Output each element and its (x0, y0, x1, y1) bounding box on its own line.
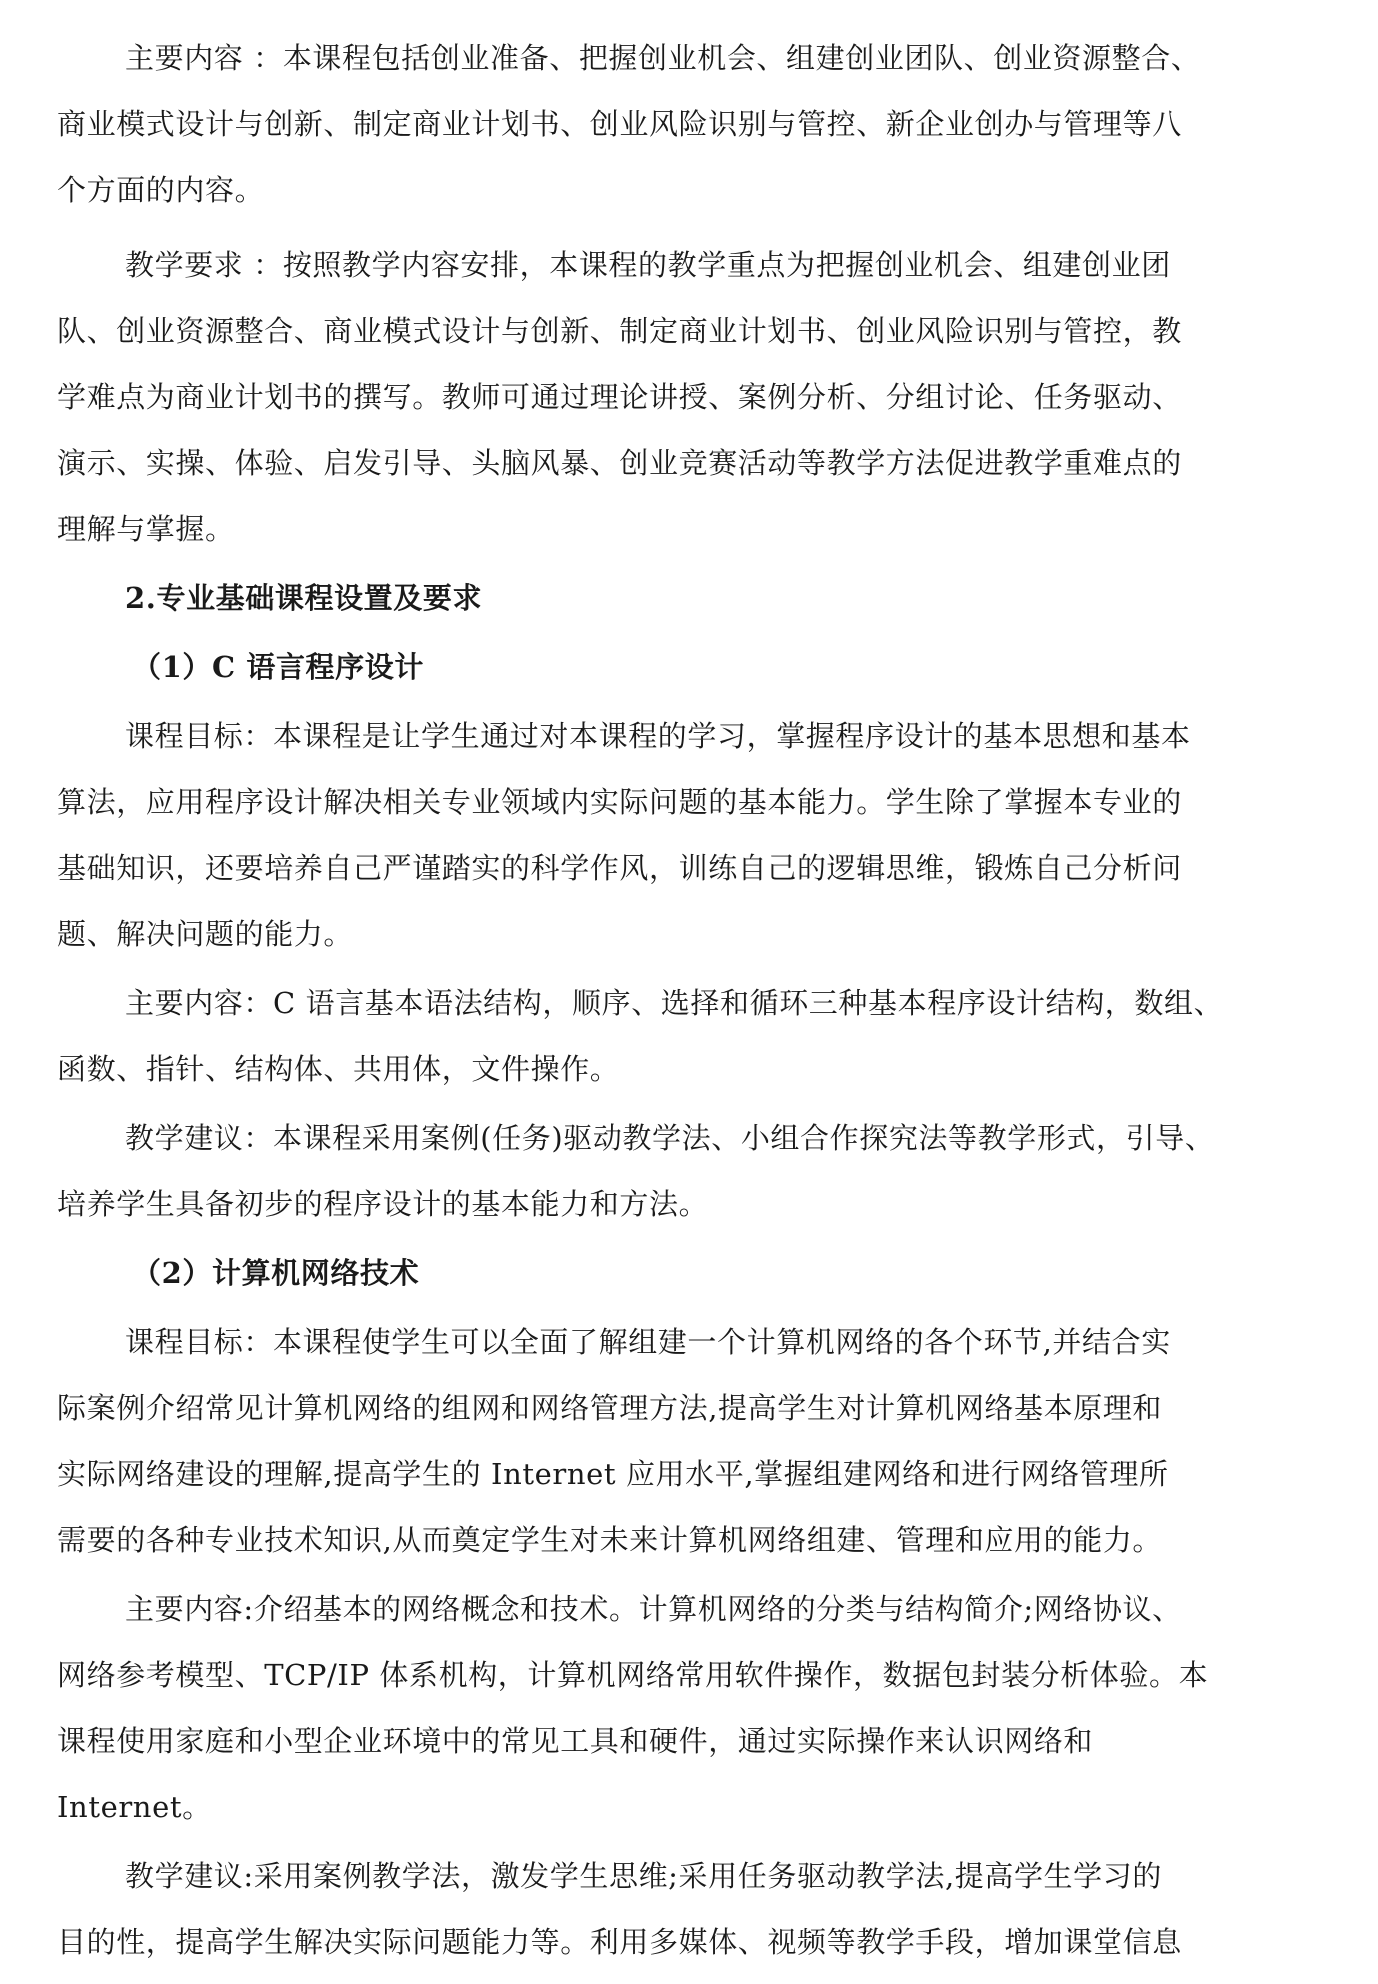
paragraph-line: 网络参考模型、TCP/IP 体系机构，计算机网络常用软件操作，数据包封装分析体验… (57, 1655, 1327, 1695)
paragraph-line: 队、创业资源整合、商业模式设计与创新、制定商业计划书、创业风险识别与管控，教 (57, 311, 1327, 351)
paragraph-line: 商业模式设计与创新、制定商业计划书、创业风险识别与管控、新企业创办与管理等八 (57, 104, 1327, 144)
subsection-heading-network: （2）计算机网络技术 (132, 1253, 1378, 1293)
section-heading: 2.专业基础课程设置及要求 (125, 578, 1325, 618)
paragraph-line: Internet。 (57, 1787, 1327, 1827)
paragraph-line: 主要内容 ：本课程包括创业准备、把握创业机会、组建创业团队、创业资源整合、 (125, 38, 1325, 78)
paragraph-line: 需要的各种专业技术知识,从而奠定学生对未来计算机网络组建、管理和应用的能力。 (57, 1520, 1327, 1560)
paragraph-line: 实际网络建设的理解,提高学生的 Internet 应用水平,掌握组建网络和进行网… (57, 1454, 1327, 1494)
paragraph-line: 培养学生具备初步的程序设计的基本能力和方法。 (57, 1184, 1327, 1224)
paragraph-line: 题、解决问题的能力。 (57, 914, 1327, 954)
paragraph-line: 主要内容:介绍基本的网络概念和技术。计算机网络的分类与结构简介;网络协议、 (125, 1589, 1325, 1629)
subsection-heading-c-language: （1）C 语言程序设计 (132, 647, 1378, 687)
paragraph-line: 函数、指针、结构体、共用体，文件操作。 (57, 1049, 1327, 1089)
paragraph-line: 主要内容：C 语言基本语法结构，顺序、选择和循环三种基本程序设计结构，数组、 (125, 983, 1325, 1023)
paragraph-line: 课程使用家庭和小型企业环境中的常见工具和硬件，通过实际操作来认识网络和 (57, 1721, 1327, 1761)
paragraph-line: 教学要求 ：按照教学内容安排，本课程的教学重点为把握创业机会、组建创业团 (125, 245, 1325, 285)
paragraph-line: 个方面的内容。 (57, 170, 1327, 210)
paragraph-line: 理解与掌握。 (57, 509, 1327, 549)
paragraph-line: 课程目标：本课程使学生可以全面了解组建一个计算机网络的各个环节,并结合实 (125, 1322, 1325, 1362)
paragraph-line: 教学建议：本课程采用案例(任务)驱动教学法、小组合作探究法等教学形式，引导、 (125, 1118, 1325, 1158)
paragraph-line: 教学建议:采用案例教学法，激发学生思维;采用任务驱动教学法,提高学生学习的 (125, 1856, 1325, 1896)
paragraph-line: 基础知识，还要培养自己严谨踏实的科学作风，训练自己的逻辑思维，锻炼自己分析问 (57, 848, 1327, 888)
paragraph-line: 目的性，提高学生解决实际问题能力等。利用多媒体、视频等教学手段，增加课堂信息 (57, 1922, 1327, 1962)
paragraph-line: 算法，应用程序设计解决相关专业领域内实际问题的基本能力。学生除了掌握本专业的 (57, 782, 1327, 822)
paragraph-line: 际案例介绍常见计算机网络的组网和网络管理方法,提高学生对计算机网络基本原理和 (57, 1388, 1327, 1428)
paragraph-line: 演示、实操、体验、启发引导、头脑风暴、创业竞赛活动等教学方法促进教学重难点的 (57, 443, 1327, 483)
paragraph-line: 课程目标：本课程是让学生通过对本课程的学习，掌握程序设计的基本思想和基本 (125, 716, 1325, 756)
paragraph-line: 学难点为商业计划书的撰写。教师可通过理论讲授、案例分析、分组讨论、任务驱动、 (57, 377, 1327, 417)
document-page: 主要内容 ：本课程包括创业准备、把握创业机会、组建创业团队、创业资源整合、 商业… (0, 0, 1378, 1984)
